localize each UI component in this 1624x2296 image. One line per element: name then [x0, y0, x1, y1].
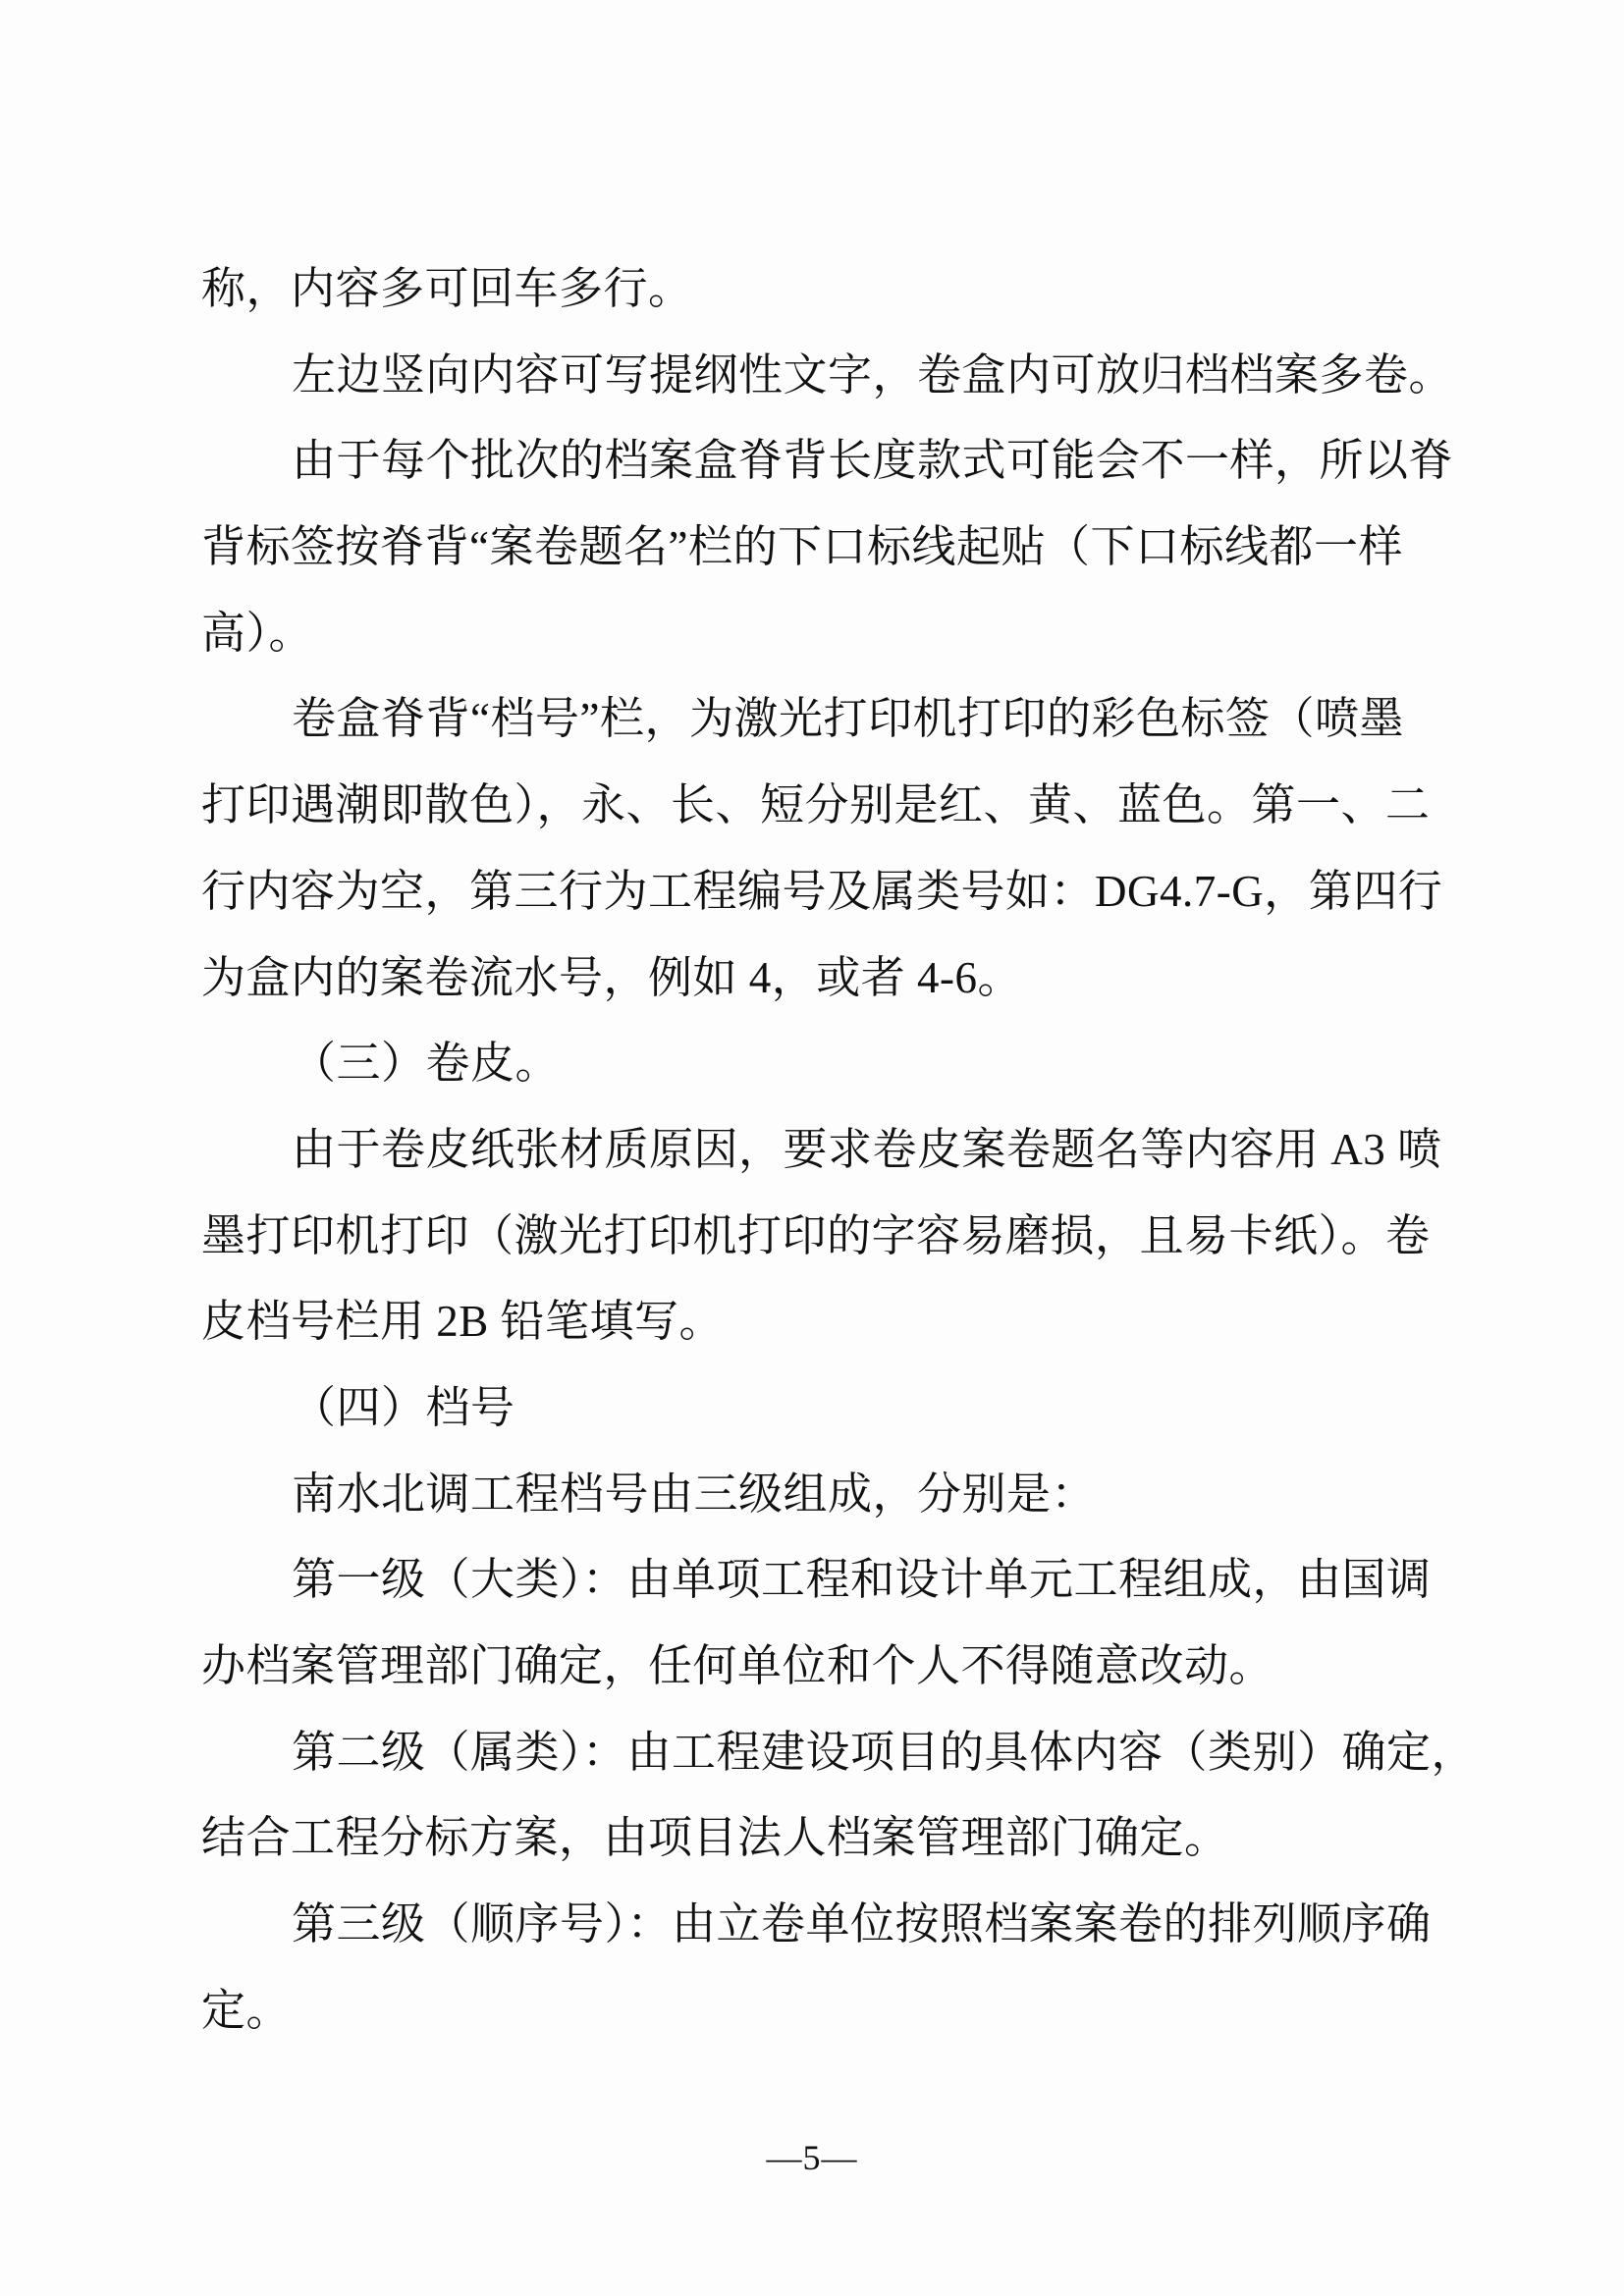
page-number: —5— [0, 2128, 1624, 2187]
text-line: 称，内容多可回车多行。 [201, 246, 1438, 333]
text-line: 定。 [201, 1968, 1438, 2055]
text-line: 背标签按脊背“案卷题名”栏的下口标线起贴（下口标线都一样 [201, 505, 1438, 591]
text-line: 为盒内的案卷流水号，例如 4，或者 4-6。 [201, 935, 1438, 1022]
text-line: 卷盒脊背“档号”栏，为激光打印机打印的彩色标签（喷墨 [201, 676, 1438, 763]
document-page: 称，内容多可回车多行。左边竖向内容可写提纲性文字，卷盒内可放归档档案多卷。由于每… [0, 0, 1624, 2296]
text-line: 高）。 [201, 591, 1438, 677]
text-line: 第二级（属类）：由工程建设项目的具体内容（类别）确定， [201, 1710, 1438, 1796]
text-line: 第三级（顺序号）：由立卷单位按照档案案卷的排列顺序确 [201, 1882, 1438, 1968]
text-line: 左边竖向内容可写提纲性文字，卷盒内可放归档档案多卷。 [201, 333, 1438, 419]
text-line: （三）卷皮。 [201, 1021, 1438, 1107]
text-line: 由于每个批次的档案盒脊背长度款式可能会不一样，所以脊 [201, 418, 1438, 505]
text-line: 南水北调工程档号由三级组成，分别是： [201, 1452, 1438, 1538]
text-line: 打印遇潮即散色），永、长、短分别是红、黄、蓝色。第一、二 [201, 763, 1438, 849]
text-line: 办档案管理部门确定，任何单位和个人不得随意改动。 [201, 1624, 1438, 1710]
document-body: 称，内容多可回车多行。左边竖向内容可写提纲性文字，卷盒内可放归档档案多卷。由于每… [201, 246, 1438, 2054]
text-line: 结合工程分标方案，由项目法人档案管理部门确定。 [201, 1795, 1438, 1882]
text-line: 第一级（大类）：由单项工程和设计单元工程组成，由国调 [201, 1537, 1438, 1624]
text-line: 墨打印机打印（激光打印机打印的字容易磨损，且易卡纸）。卷 [201, 1194, 1438, 1280]
text-line: 行内容为空，第三行为工程编号及属类号如：DG4.7-G，第四行 [201, 849, 1438, 935]
text-line: 由于卷皮纸张材质原因，要求卷皮案卷题名等内容用 A3 喷 [201, 1107, 1438, 1194]
text-line: （四）档号 [201, 1365, 1438, 1452]
text-line: 皮档号栏用 2B 铅笔填写。 [201, 1279, 1438, 1365]
